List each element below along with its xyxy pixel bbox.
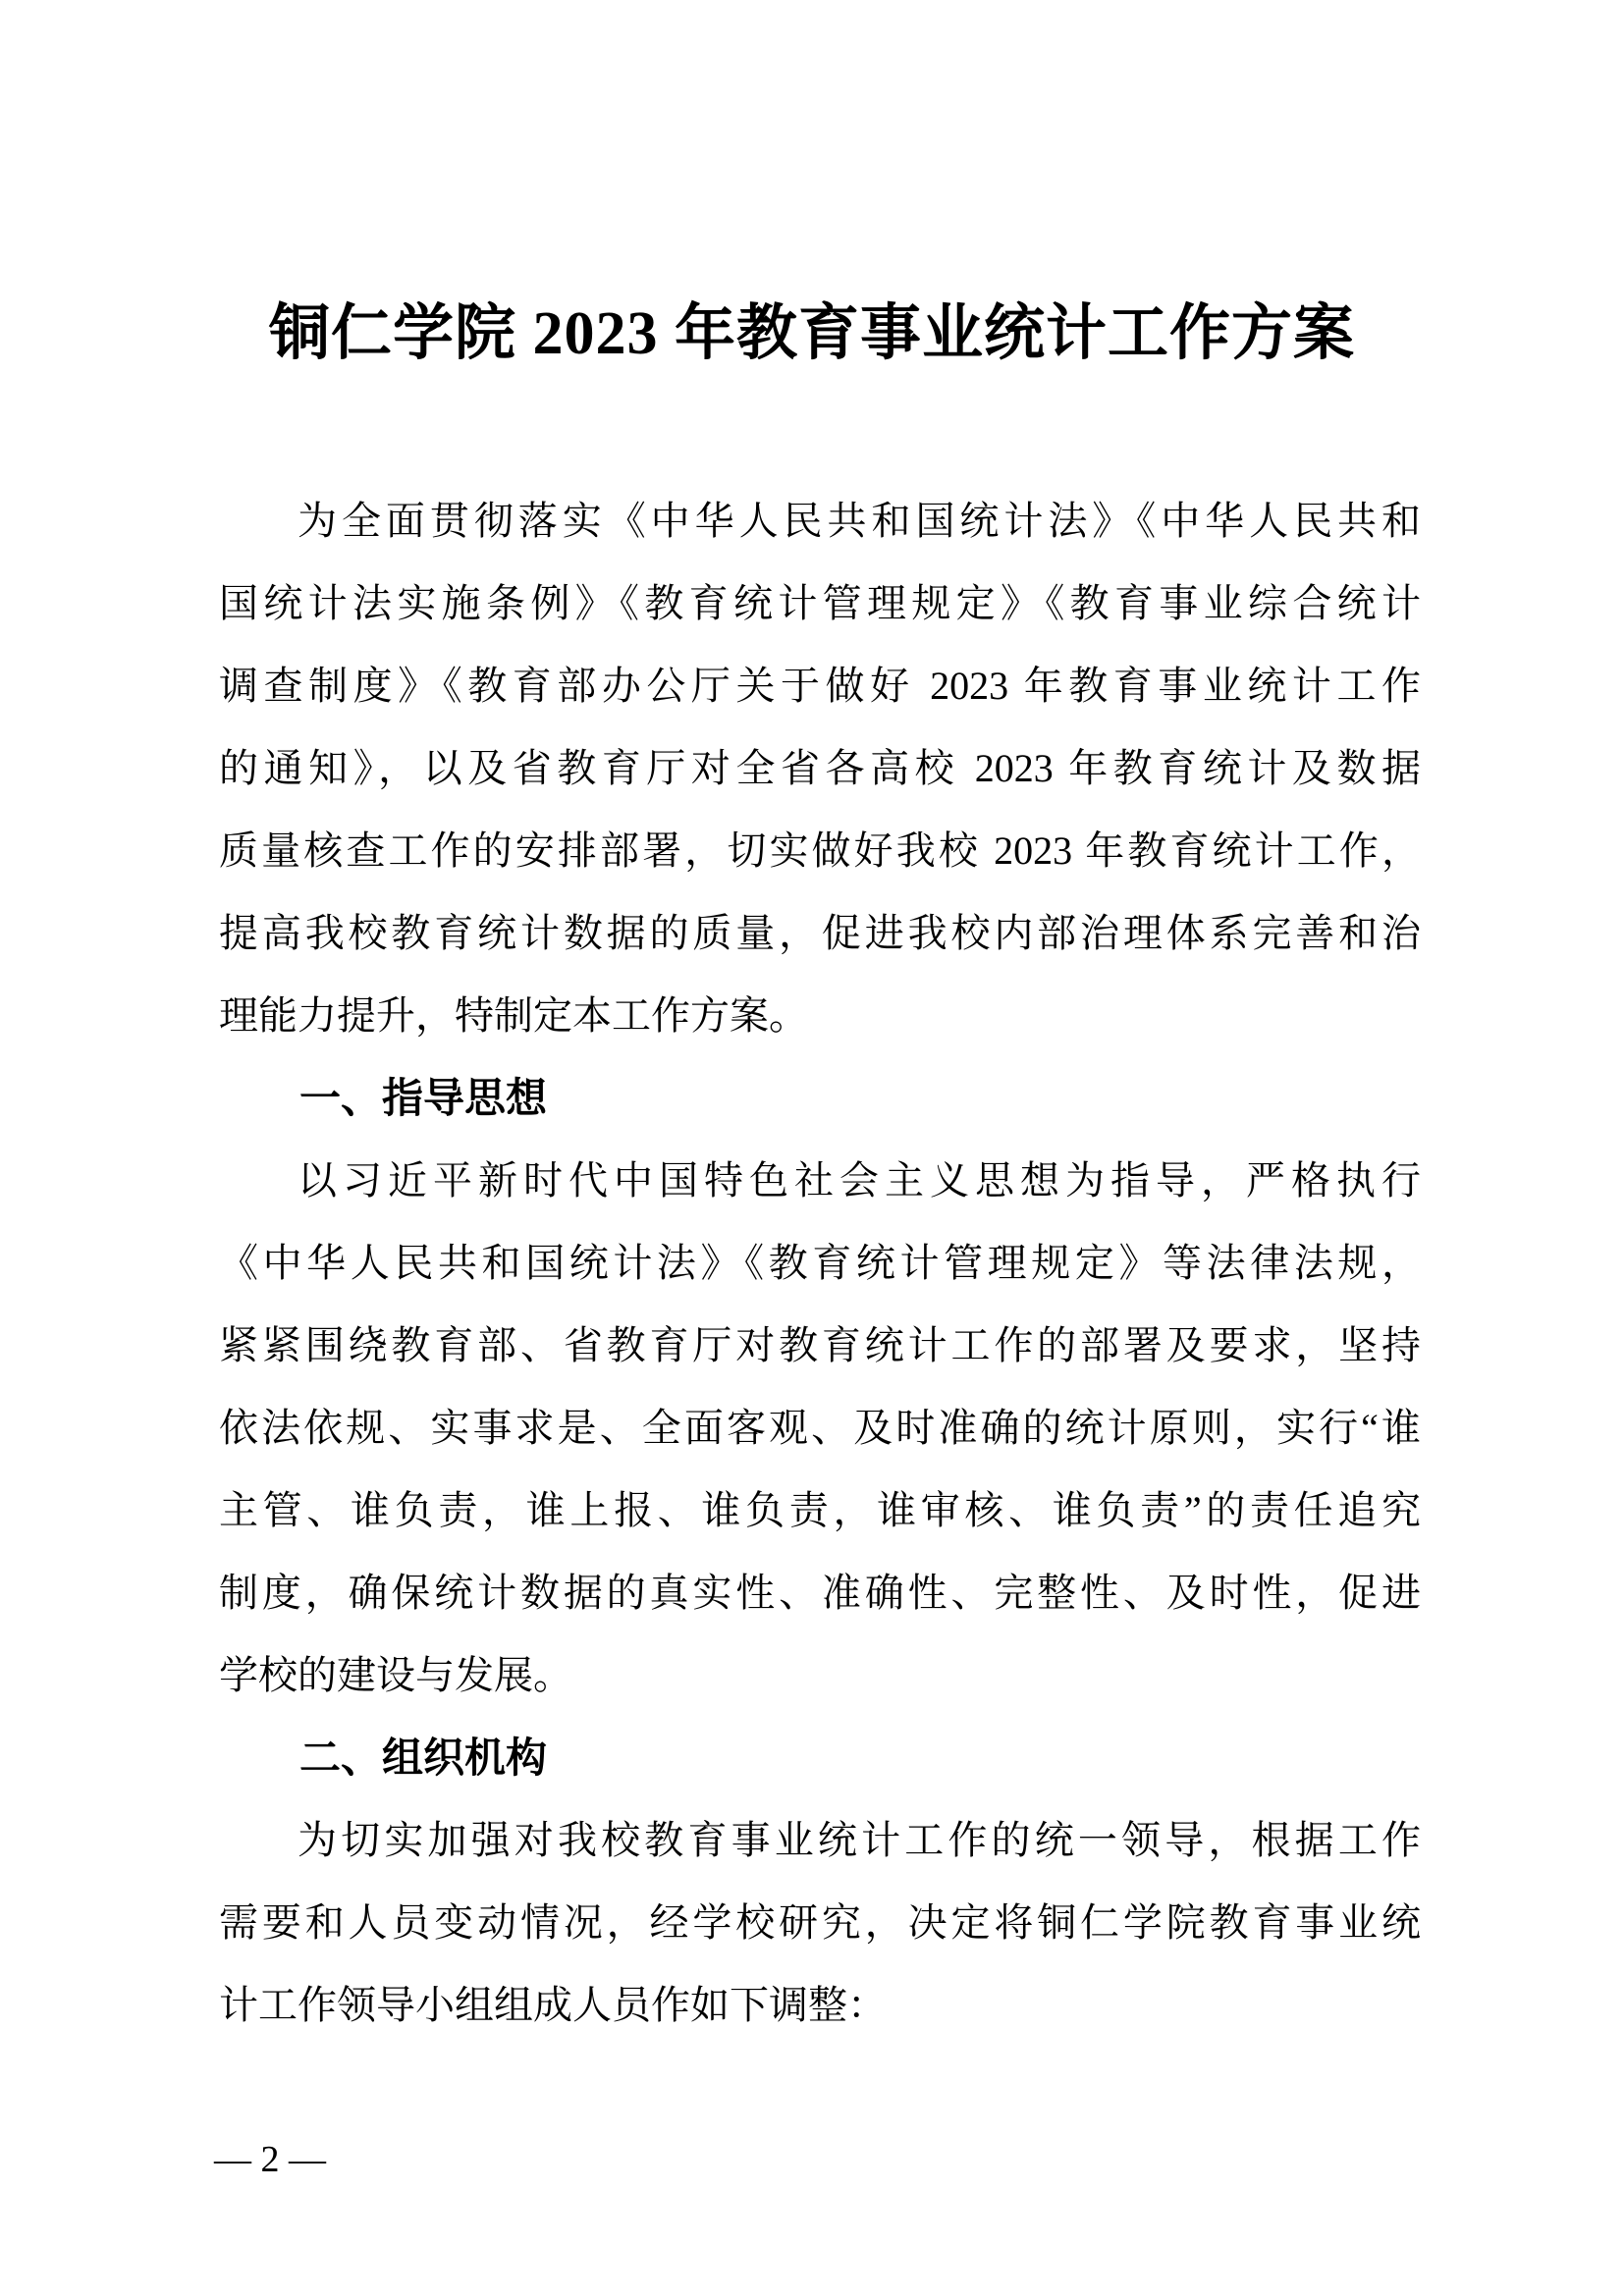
- body-line: 计工作领导小组组成人员作如下调整：: [219, 1964, 1421, 2047]
- body-line: 为切实加强对我校教育事业统计工作的统一领导，根据工作: [219, 1799, 1421, 1882]
- page-number: — 2 —: [214, 2136, 326, 2183]
- document-title: 铜仁学院 2023 年教育事业统计工作方案: [0, 0, 1624, 371]
- body-line: 提高我校教育统计数据的质量，促进我校内部治理体系完善和治: [219, 892, 1421, 975]
- document-body: 为全面贯彻落实《中华人民共和国统计法》《中华人民共和国统计法实施条例》《教育统计…: [219, 480, 1421, 2047]
- body-line: 需要和人员变动情况，经学校研究，决定将铜仁学院教育事业统: [219, 1882, 1421, 1964]
- body-line: 理能力提升，特制定本工作方案。: [219, 975, 1421, 1057]
- body-line: 以习近平新时代中国特色社会主义思想为指导，严格执行: [219, 1140, 1421, 1222]
- body-line: 国统计法实施条例》《教育统计管理规定》《教育事业综合统计: [219, 562, 1421, 645]
- body-line: 学校的建设与发展。: [219, 1634, 1421, 1717]
- body-line: 制度，确保统计数据的真实性、准确性、完整性、及时性，促进: [219, 1552, 1421, 1634]
- body-line: 《中华人民共和国统计法》《教育统计管理规定》等法律法规，: [219, 1222, 1421, 1305]
- body-line: 调查制度》《教育部办公厅关于做好 2023 年教育事业统计工作: [219, 645, 1421, 727]
- body-line: 依法依规、实事求是、全面客观、及时准确的统计原则，实行“谁: [219, 1387, 1421, 1469]
- section-heading: 二、组织机构: [219, 1717, 1421, 1799]
- body-line: 质量核查工作的安排部署，切实做好我校 2023 年教育统计工作，: [219, 810, 1421, 892]
- body-line: 为全面贯彻落实《中华人民共和国统计法》《中华人民共和: [219, 480, 1421, 562]
- body-line: 的通知》，以及省教育厅对全省各高校 2023 年教育统计及数据: [219, 727, 1421, 810]
- body-line: 主管、谁负责，谁上报、谁负责，谁审核、谁负责”的责任追究: [219, 1469, 1421, 1552]
- document-page: 铜仁学院 2023 年教育事业统计工作方案 为全面贯彻落实《中华人民共和国统计法…: [0, 0, 1624, 2296]
- body-line: 紧紧围绕教育部、省教育厅对教育统计工作的部署及要求，坚持: [219, 1305, 1421, 1387]
- section-heading: 一、指导思想: [219, 1057, 1421, 1140]
